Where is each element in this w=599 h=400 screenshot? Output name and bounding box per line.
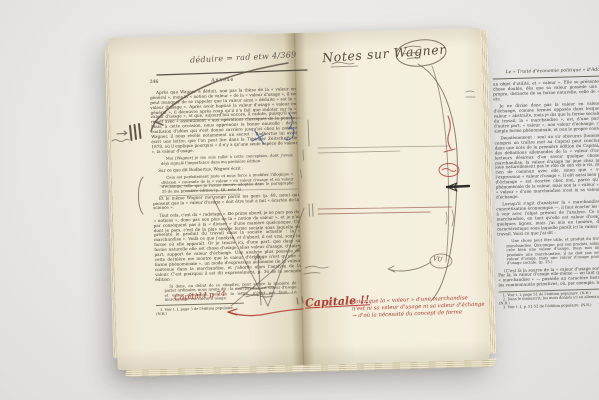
body-paragraph: Et le même Wagner me range parmi les gen… [153, 193, 299, 212]
body-paragraph: un objet d'utilité, et « valeur ». Elle … [493, 78, 599, 102]
quote-paragraph: Une chose peut être utile, et produit du… [506, 236, 599, 267]
body-paragraph: (C'est là la source de la « valeur d'usa… [498, 265, 599, 289]
quote-paragraph: Cela est parfaitement juste et nous forc… [161, 172, 293, 194]
body-paragraph: Tout cela, c'est du « radotage ». De pri… [153, 210, 301, 283]
right-page-shading [294, 28, 489, 365]
body-paragraph: Lorsqu'il s'agit d'analyser la « marchan… [496, 199, 599, 237]
quote-paragraph: Moi [Wagner] je me suis rallié à cette c… [161, 153, 293, 166]
left-running-head-title: Annexe [150, 75, 296, 87]
right-running-head: 247 Le « Traité d'économie politique » d… [492, 65, 599, 79]
left-page-number: 246 [150, 79, 159, 87]
body-paragraph: Après que Wagner a déduit, non pas la th… [150, 87, 298, 155]
right-page-text-block: 247 Le « Traité d'économie politique » d… [492, 65, 599, 321]
open-book: 246 Annexe Après que Wagner a déduit, no… [108, 28, 489, 370]
left-footnote: 1. Voir t. I, page 3 de l'édition popula… [156, 303, 244, 316]
photo-background: 246 Annexe Après que Wagner a déduit, no… [0, 0, 599, 400]
right-page: 247 Le « Traité d'économie politique » d… [294, 28, 489, 365]
right-running-head-title: Le « Traité d'économie politique » d'Ado… [492, 65, 599, 77]
left-page: 246 Annexe Après que Wagner a déduit, no… [108, 33, 303, 370]
body-paragraph: Je ne divise donc pas la valeur en valeu… [493, 101, 599, 135]
body-paragraph: Deuxièmement : seul un vir obscurus [hom… [494, 132, 599, 200]
right-footnotes: 1. Voir t. I, page 51 de l'édition popul… [499, 288, 599, 309]
quote-paragraph: Si donc, au début de ce chapitre, pour s… [164, 281, 296, 303]
left-page-text-block: 246 Annexe Après que Wagner a déduit, no… [150, 75, 303, 325]
